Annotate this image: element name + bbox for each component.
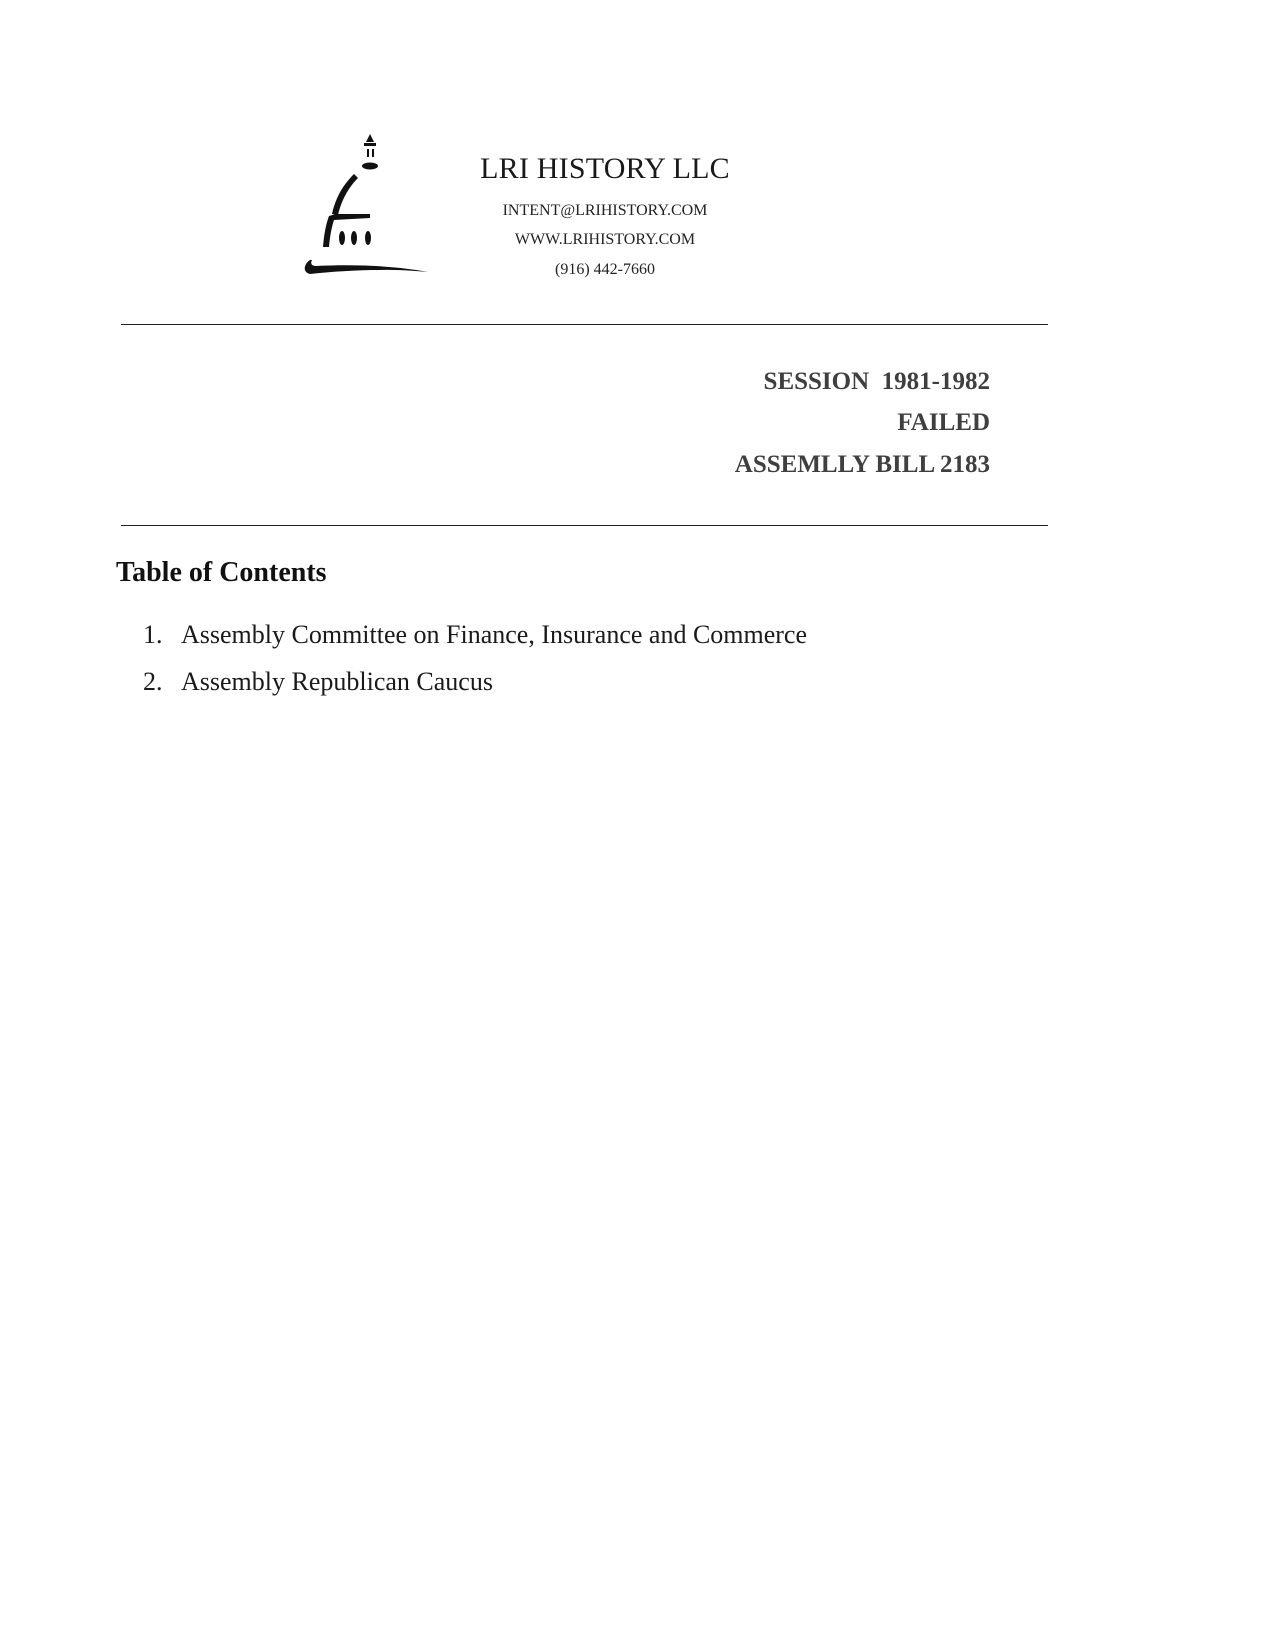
- divider-top: [121, 324, 1048, 325]
- toc-heading: Table of Contents: [116, 557, 327, 589]
- contact-phone: (916) 442-7660: [440, 261, 770, 279]
- bill-name: ASSEMLLY BILL 2183: [735, 451, 990, 479]
- contact-website: WWW.LRIHISTORY.COM: [440, 231, 770, 249]
- toc-item-number: 1.: [143, 620, 181, 650]
- contact-email: INTENT@LRIHISTORY.COM: [440, 202, 770, 220]
- toc-item-number: 2.: [143, 667, 181, 697]
- toc-item[interactable]: 1. Assembly Committee on Finance, Insura…: [143, 620, 807, 667]
- toc-item[interactable]: 2. Assembly Republican Caucus: [143, 667, 807, 714]
- toc-list: 1. Assembly Committee on Finance, Insura…: [143, 620, 807, 714]
- bill-status: FAILED: [897, 409, 990, 437]
- divider-bottom: [121, 525, 1048, 526]
- company-name: LRI HISTORY LLC: [440, 152, 770, 186]
- toc-item-label[interactable]: Assembly Committee on Finance, Insurance…: [181, 620, 807, 650]
- toc-item-label[interactable]: Assembly Republican Caucus: [181, 667, 493, 697]
- session-label: SESSION 1981-1982: [764, 368, 990, 396]
- capitol-dome-icon: [296, 132, 432, 282]
